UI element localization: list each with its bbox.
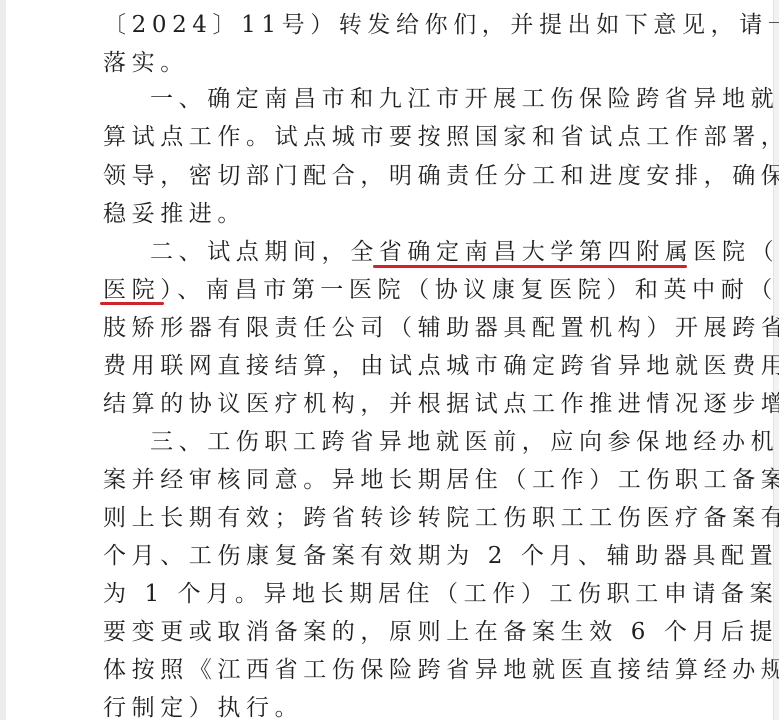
text-line: 肢矫形器有限责任公司（辅助器具配置机构）开展跨省异地就医 <box>103 313 693 343</box>
text-line: 一、确定南昌市和九江市开展工伤保险跨省异地就医直接结 <box>150 84 690 114</box>
text-line: 〔2024〕11号）转发给你们，并提出如下意见，请一并抓好贯彻 <box>103 10 693 40</box>
text-line: 三、工伤职工跨省异地就医前，应向参保地经办机构进行备 <box>150 427 690 457</box>
text-line: 为 1 个月。异地长期居住（工作）工伤职工申请备案生效后，需 <box>103 579 693 609</box>
text-line: 医院）、南昌市第一医院（协议康复医院）和英中耐（南昌）假 <box>103 275 693 305</box>
text-line: 个月、工伤康复备案有效期为 2 个月、辅助器具配置备案有效期 <box>103 541 693 571</box>
text-line: 算试点工作。试点城市要按照国家和省试点工作部署，加强组织 <box>103 122 693 152</box>
highlight-underline <box>100 302 164 305</box>
text-line: 要变更或取消备案的，原则上在备案生效 6 个月后提出申请。具 <box>103 617 693 647</box>
text-line: 案并经审核同意。异地长期居住（工作）工伤职工备案有效期原 <box>103 465 693 495</box>
document-page: 〔2024〕11号）转发给你们，并提出如下意见，请一并抓好贯彻 落实。 一、确定… <box>0 0 779 720</box>
text-line: 体按照《江西省工伤保险跨省异地就医直接结算经办规程》（另 <box>103 655 693 685</box>
text-line: 则上长期有效；跨省转诊转院工伤职工工伤医疗备案有效期为 3 <box>103 503 693 533</box>
text-line: 行制定）执行。 <box>103 693 693 720</box>
text-line: 领导，密切部门配合，明确责任分工和进度安排，确保试点工作 <box>103 161 693 191</box>
text-line: 落实。 <box>103 48 693 78</box>
text-line: 稳妥推进。 <box>103 199 693 229</box>
text-line: 费用联网直接结算，由试点城市确定跨省异地就医费用联网直接 <box>103 351 693 381</box>
text-line: 结算的协议医疗机构，并根据试点工作推进情况逐步增加。 <box>103 389 693 419</box>
text-line: 二、试点期间，全省确定南昌大学第四附属医院（协议康复 <box>150 237 690 267</box>
highlight-underline <box>373 265 687 268</box>
